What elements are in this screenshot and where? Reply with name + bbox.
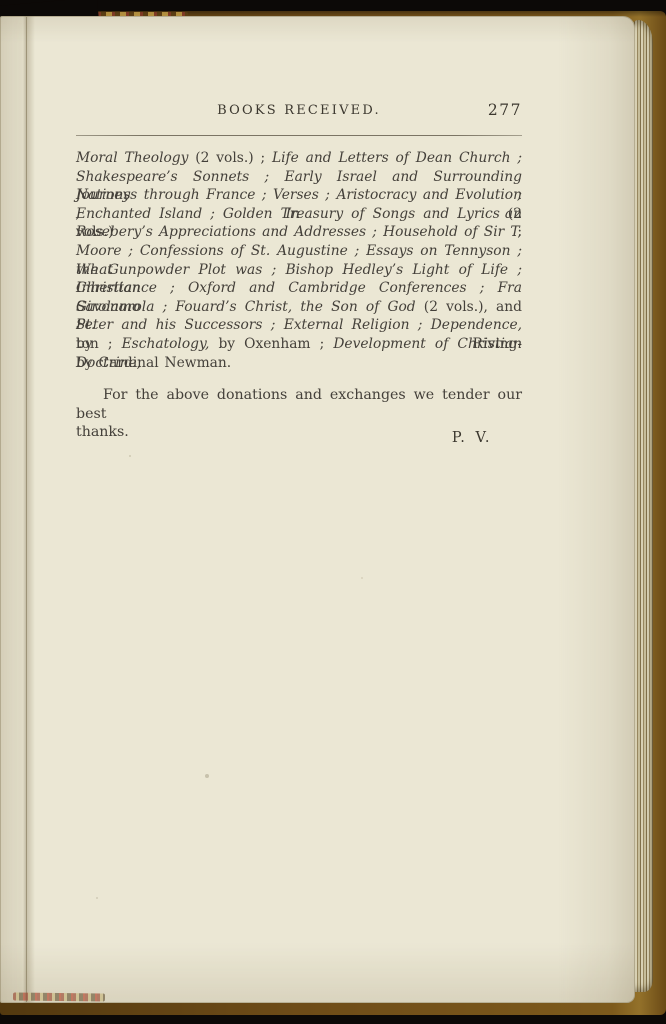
signature: P. V. <box>76 430 522 446</box>
running-title: BOOKS RECEIVED. <box>76 103 522 118</box>
book-page: BOOKS RECEIVED. 277 Moral Theology (2 vo… <box>0 16 635 1003</box>
book-title-segment: Eschatology, <box>122 336 210 352</box>
closing-line-1: For the above donations and exchanges we… <box>76 386 522 423</box>
book-title-segment: Life and Letters of Dean Church ; <box>272 150 522 166</box>
paper-specks <box>1 17 3 19</box>
book-list-line: Moore ; Confessions of St. Augustine ; E… <box>76 242 522 261</box>
plain-text-segment: (2 vols.) ; <box>188 150 272 166</box>
plain-text-segment: by Cardinal Newman. <box>76 355 231 371</box>
book-title-segment: Moral Theology <box>76 150 188 166</box>
book-list-line: Journeys through France ; Verses ; Arist… <box>76 186 522 205</box>
book-list-line: ton ; Eschatology, by Oxenham ; Developm… <box>76 335 522 354</box>
header-rule <box>76 135 522 136</box>
page-header: BOOKS RECEIVED. 277 <box>76 103 522 123</box>
book-list-line: Inheritance ; Oxford and Cambridge Confe… <box>76 279 522 298</box>
book-list-line: Moral Theology (2 vols.) ; Life and Lett… <box>76 149 522 168</box>
page-number: 277 <box>488 101 522 119</box>
book-list-line: Rosebery’s Appreciations and Addresses ;… <box>76 223 522 242</box>
marbled-edge <box>13 993 105 1002</box>
book-list-line: Enchanted Island ; Golden Treasury of So… <box>76 205 522 224</box>
book-list-line: Peter and his Successors ; External Reli… <box>76 316 522 335</box>
gutter-crease <box>26 17 27 1002</box>
book-title-segment: Peter and his Successors ; External Reli… <box>76 317 522 333</box>
book-title-segment: Rosebery’s Appreciations and Addresses ;… <box>76 224 522 240</box>
book-list-line: Shakespeare’s Sonnets ; Early Israel and… <box>76 168 522 187</box>
book-list-line: the Gunpowder Plot was ; Bishop Hedley’s… <box>76 261 522 280</box>
book-list: Moral Theology (2 vols.) ; Life and Lett… <box>76 149 522 372</box>
book-title-segment: Enchanted Island ; Golden Treasury of So… <box>76 206 500 222</box>
plain-text-segment: ton ; <box>76 336 122 352</box>
book-list-line: by Cardinal Newman. <box>76 354 522 373</box>
book-list-line: Savonarola ; Fouard’s Christ, the Son of… <box>76 298 522 317</box>
plain-text-segment: (2 vols.), and <box>416 299 522 315</box>
plain-text-segment: by Oxenham ; <box>209 336 333 352</box>
book-title-segment: Savonarola ; Fouard’s Christ, the Son of… <box>76 299 416 315</box>
scan-root: { "document": { "header": { "title": "BO… <box>0 0 666 1024</box>
